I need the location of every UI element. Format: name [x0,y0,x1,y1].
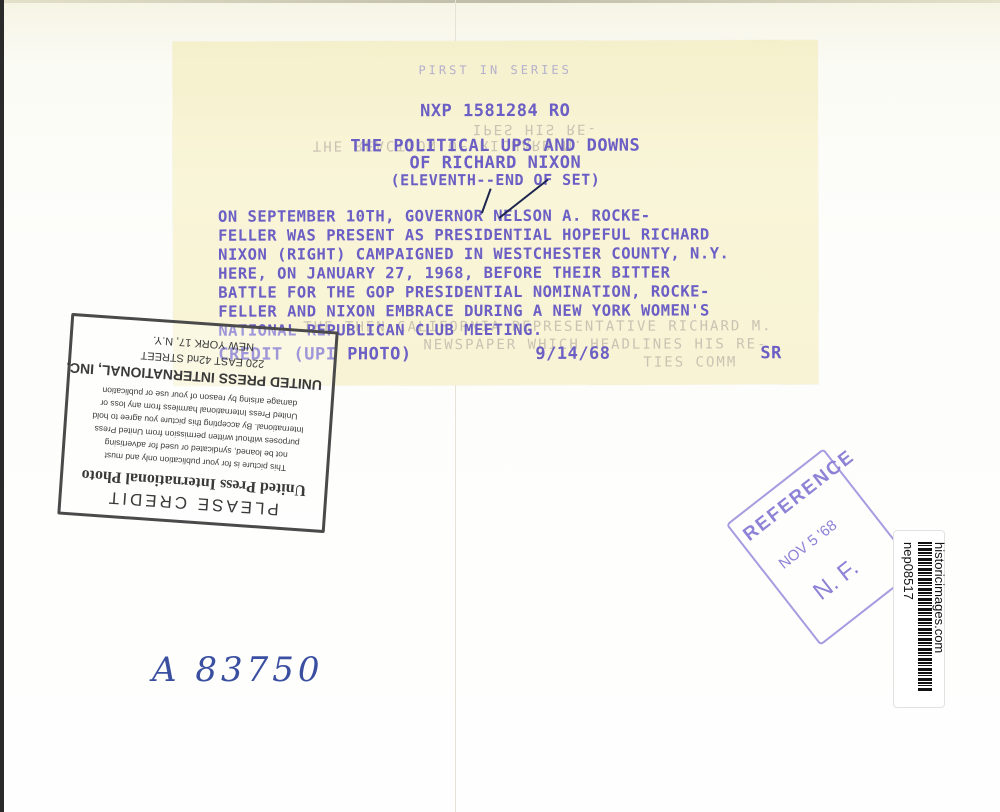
caption-body-line: FELLER WAS PRESENT AS PRESIDENTIAL HOPEF… [218,225,710,246]
caption-faint-header: PIRST IN SERIES [173,62,818,78]
caption-body-line: NIXON (RIGHT) CAMPAIGNED IN WESTCHESTER … [218,244,729,265]
caption-id: NXP 1581284 RO [173,100,818,122]
caption-title-3: (ELEVENTH--END OF SET) [173,170,818,190]
bleed-text: IPES HIS RE- [473,121,598,137]
barcode-sticker: historicimages.com nep08517 [893,530,945,708]
reference-stamp: REFERENCE NOV 5 '68 N. F. [726,448,919,646]
barcode-icon [918,542,932,692]
upi-credit-stamp: PLEASE CREDIT United Press International… [57,313,338,533]
caption-date: 9/14/68 [535,344,610,364]
caption-body-line: HERE, ON JANUARY 27, 1968, BEFORE THEIR … [218,264,670,285]
barcode-site: historicimages.com [932,542,947,653]
caption-body-line: FELLER AND NIXON EMBRACE DURING A NEW YO… [218,301,710,322]
caption-body-line: ON SEPTEMBER 10TH, GOVERNOR NELSON A. RO… [218,207,651,228]
bleed-text: TIES COMM [643,354,737,370]
barcode-code: nep08517 [901,542,916,600]
paper-left-edge [0,0,4,812]
reference-initials: N. F. [808,554,864,606]
reference-date: NOV 5 '68 [776,517,841,573]
reference-label: REFERENCE [739,446,859,547]
caption-body-line: BATTLE FOR THE GOP PRESIDENTIAL NOMINATI… [218,282,710,303]
handwritten-inventory-number: A 83750 [152,650,324,690]
paper-top-edge [0,0,1000,3]
caption-initials: SR [760,343,782,363]
